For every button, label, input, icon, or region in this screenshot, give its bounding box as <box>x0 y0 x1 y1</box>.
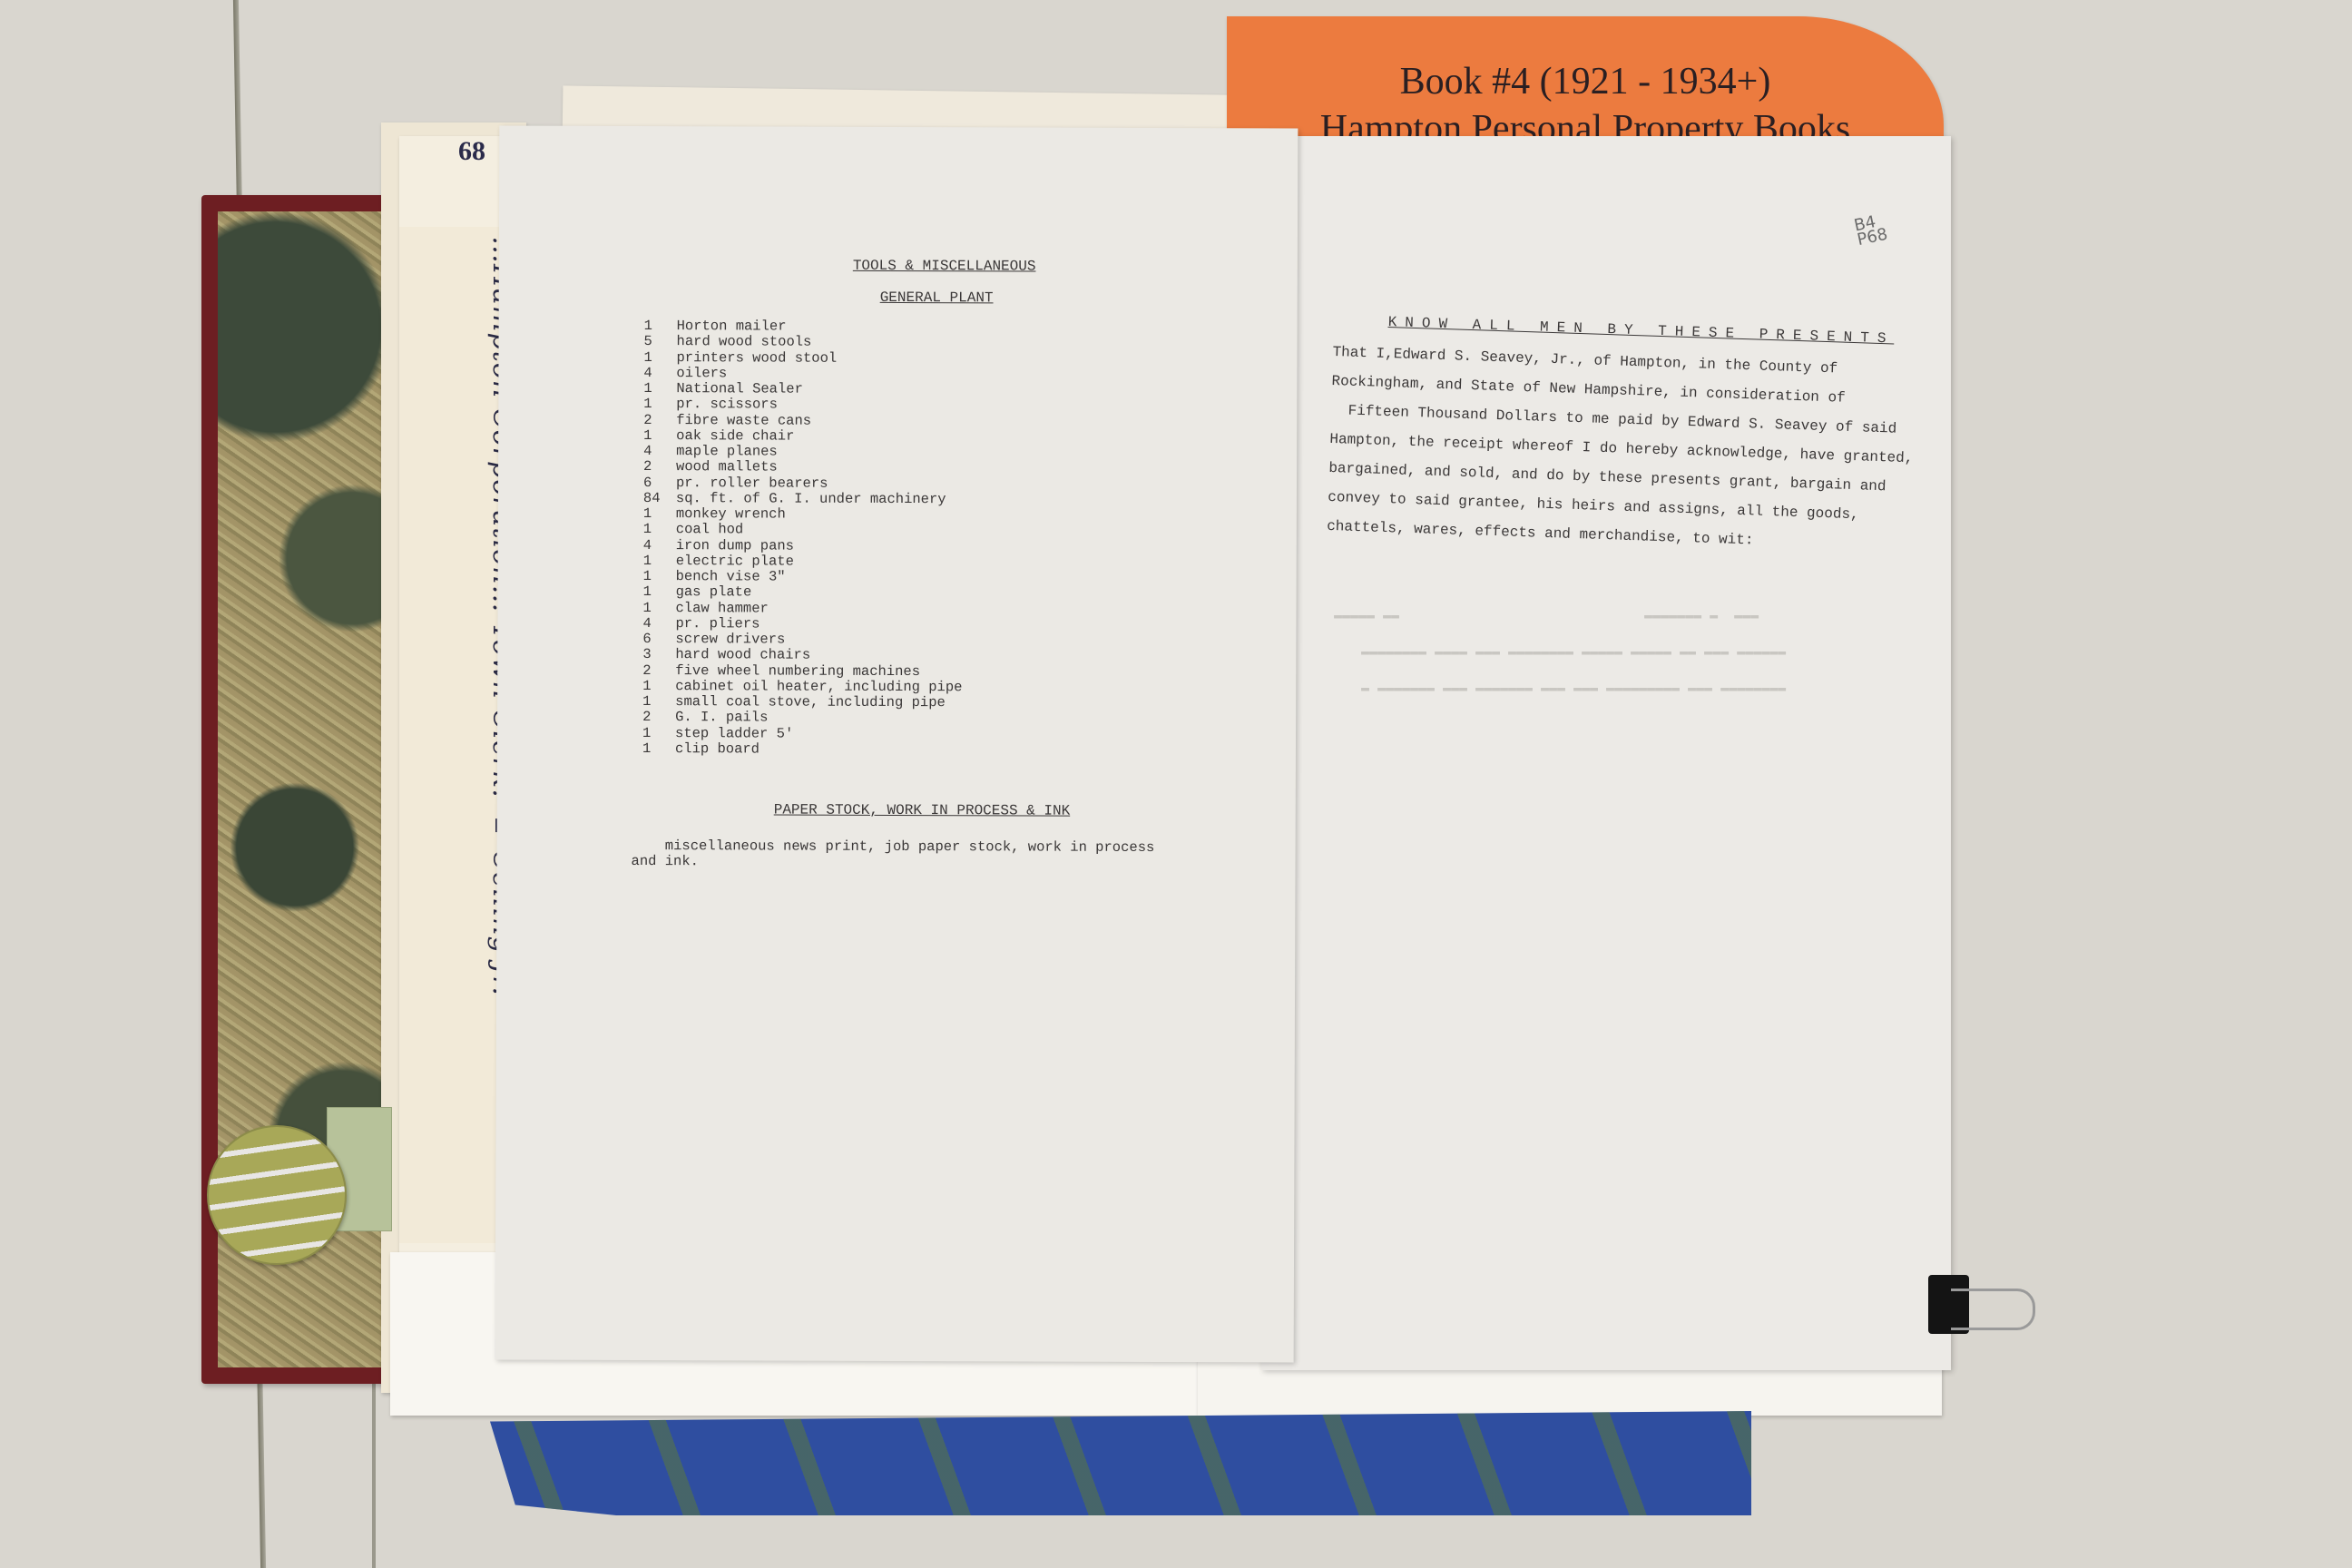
item-qty: 1 <box>643 350 676 366</box>
item-qty: 2 <box>642 710 675 725</box>
list-item: 1gas plate <box>643 584 963 601</box>
item-desc: printers wood stool <box>676 350 837 367</box>
item-desc: iron dump pans <box>676 538 794 554</box>
tab-title: Book #4 (1921 - 1934+) <box>1227 60 1944 103</box>
item-qty: 1 <box>643 506 676 522</box>
item-desc: pr. scissors <box>676 397 778 413</box>
item-qty: 5 <box>644 334 677 349</box>
item-qty: 3 <box>642 647 675 662</box>
item-qty: 4 <box>642 616 675 632</box>
item-qty: 4 <box>643 444 676 459</box>
item-desc: five wheel numbering machines <box>675 663 920 680</box>
item-desc: oak side chair <box>676 428 794 445</box>
item-desc: oilers <box>676 366 727 381</box>
item-desc: clip board <box>675 741 759 758</box>
item-qty: 2 <box>643 459 676 475</box>
item-qty: 1 <box>643 569 676 584</box>
item-qty: 1 <box>642 741 675 757</box>
item-qty: 1 <box>643 554 676 569</box>
item-qty: 6 <box>642 632 675 647</box>
item-desc: G. I. pails <box>675 710 768 726</box>
section-paragraph: miscellaneous news print, job paper stoc… <box>632 838 1230 872</box>
item-qty: 4 <box>643 366 676 381</box>
item-desc: fibre waste cans <box>676 413 811 429</box>
list-item: 1clip board <box>642 741 962 758</box>
list-item: 2wood mallets <box>643 459 963 475</box>
binder-clip-handle <box>1951 1289 2035 1330</box>
item-qty: 1 <box>644 318 677 334</box>
left-page: TOOLS & MISCELLANEOUS GENERAL PLANT 1Hor… <box>495 125 1298 1362</box>
item-qty: 2 <box>643 413 676 428</box>
decorative-clip-icon <box>207 1125 347 1265</box>
item-desc: hard wood chairs <box>675 647 810 663</box>
item-desc: maple planes <box>676 444 778 460</box>
section-heading: TOOLS & MISCELLANEOUS <box>853 259 1036 275</box>
item-qty: 1 <box>643 397 676 412</box>
section-heading: PAPER STOCK, WORK IN PROCESS & INK <box>774 803 1071 820</box>
list-item: 2G. I. pails <box>642 710 962 726</box>
list-item: 1pr. scissors <box>643 397 963 413</box>
item-qty: 1 <box>643 381 676 397</box>
item-qty: 1 <box>643 522 676 537</box>
item-desc: claw hammer <box>675 601 768 617</box>
item-desc: gas plate <box>676 584 752 601</box>
item-desc: wood mallets <box>676 459 778 475</box>
item-desc: pr. roller bearers <box>676 475 828 492</box>
deed-text: KNOW ALL MEN BY THESE PRESENTS That I,Ed… <box>1327 313 1915 560</box>
item-desc: bench vise 3" <box>676 569 786 585</box>
list-item: 3hard wood chairs <box>642 647 962 663</box>
page-number: 68 <box>458 136 485 167</box>
list-item: 5hard wood stools <box>644 334 964 350</box>
item-qty: 6 <box>643 475 676 491</box>
inventory-list: 1Horton mailer 5hard wood stools 1printe… <box>642 318 964 758</box>
list-item: 1coal hod <box>643 522 963 538</box>
item-qty: 1 <box>642 726 675 741</box>
pencil-mark: B4 P68 <box>1853 213 1889 248</box>
item-desc: coal hod <box>676 522 743 538</box>
table-seam <box>372 1379 376 1568</box>
item-qty: 4 <box>643 538 676 554</box>
item-qty: 1 <box>643 428 676 444</box>
item-desc: Horton mailer <box>677 318 787 335</box>
item-qty: 1 <box>642 601 675 616</box>
item-desc: step ladder 5' <box>675 726 793 742</box>
section-subheading: GENERAL PLANT <box>880 290 994 307</box>
item-qty: 1 <box>642 679 675 694</box>
item-qty: 1 <box>643 584 676 600</box>
bleed-through-text: ▬ ▬▬▬▬▬▬▬ ▬▬▬ ▬▬▬▬▬▬▬ ▬▬▬ ▬▬▬ ▬▬▬▬▬▬▬▬▬ … <box>1361 681 1786 696</box>
item-qty: 1 <box>642 694 675 710</box>
item-desc: National Sealer <box>676 381 803 397</box>
item-qty: 2 <box>642 663 675 679</box>
item-desc: monkey wrench <box>676 506 786 523</box>
item-desc: hard wood stools <box>677 334 812 350</box>
item-desc: screw drivers <box>675 632 785 648</box>
item-desc: pr. pliers <box>675 616 759 632</box>
item-qty: 84 <box>643 491 676 506</box>
blue-tape <box>490 1411 1751 1515</box>
item-desc: electric plate <box>676 554 794 570</box>
bleed-through-text: ▬▬▬▬▬▬▬▬ ▬▬▬▬ ▬▬▬ ▬▬▬▬▬▬▬▬ ▬▬▬▬▬ ▬▬▬▬▬ ▬… <box>1361 644 1786 660</box>
bleed-through-text: ▬▬▬▬▬ ▬▬ ▬▬▬▬▬▬▬ ▬ ▬▬▬ <box>1334 608 1759 623</box>
